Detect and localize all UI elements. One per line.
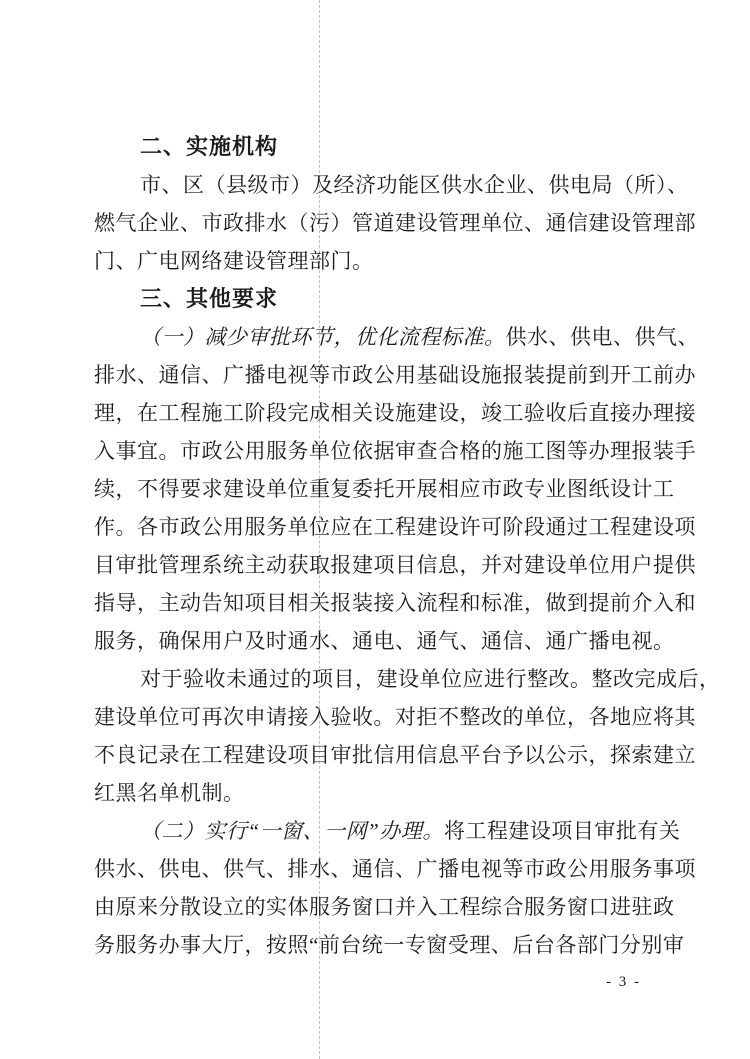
line-text: 续，不得要求建设单位重复委托开展相应市政专业图纸设计工 — [94, 477, 675, 501]
text-line: 理，在工程施工阶段完成相关设施建设，竣工验收后直接办理接 — [94, 394, 668, 432]
text-line: 门、广电网络建设管理部门。 — [94, 242, 668, 280]
text-line: （二）实行“一窗、一网”办理。将工程建设项目审批有关 — [94, 812, 668, 850]
line-text: 排水、通信、广播电视等市政公用基础设施报装提前到开工前办 — [94, 363, 696, 387]
line-text: 不良记录在工程建设项目审批信用信息平台予以公示，探索建立 — [94, 743, 696, 767]
text-line: 作。各市政公用服务单位应在工程建设许可阶段通过工程建设项 — [94, 508, 668, 546]
text-line: 续，不得要求建设单位重复委托开展相应市政专业图纸设计工 — [94, 470, 668, 508]
text-line: 指导，主动告知项目相关报装接入流程和标准，做到提前介入和 — [94, 584, 668, 622]
document-page: 二、实施机构 市、区（县级市）及经济功能区供水企业、供电局（所）、 燃气企业、市… — [0, 0, 750, 1059]
item-lead-text: （一）减少审批环节，优化流程标准。 — [140, 325, 506, 349]
line-text: 建设单位可再次申请接入验收。对拒不整改的单位，各地应将其 — [94, 705, 696, 729]
line-text: 门、广电网络建设管理部门。 — [94, 249, 374, 273]
line-text: 服务，确保用户及时通水、通电、通气、通信、通广播电视。 — [94, 629, 675, 653]
heading-text: 二、实施机构 — [140, 134, 278, 159]
text-line: 燃气企业、市政排水（污）管道建设管理单位、通信建设管理部 — [94, 204, 668, 242]
text-line: 供水、供电、供气、排水、通信、广播电视等市政公用服务事项 — [94, 850, 668, 888]
line-text: 市、区（县级市）及经济功能区供水企业、供电局（所）、 — [140, 173, 689, 197]
line-text: 目审批管理系统主动获取报建项目信息，并对建设单位用户提供 — [94, 553, 696, 577]
item-lead-text: （二）实行“一窗、一网”办理。 — [140, 819, 444, 843]
text-line: 目审批管理系统主动获取报建项目信息，并对建设单位用户提供 — [94, 546, 668, 584]
line-text: 务服务办事大厅，按照“前台统一专窗受理、后台各部门分别审 — [94, 933, 684, 957]
line-text: 供水、供电、供气、 — [506, 325, 700, 349]
heading-text: 三、其他要求 — [140, 286, 278, 311]
line-text: 将工程建设项目审批有关 — [444, 819, 681, 843]
line-text: 指导，主动告知项目相关报装接入流程和标准，做到提前介入和 — [94, 591, 696, 615]
line-text: 由原来分散设立的实体服务窗口并入工程综合服务窗口进驻政 — [94, 895, 675, 919]
line-text: 燃气企业、市政排水（污）管道建设管理单位、通信建设管理部 — [94, 211, 696, 235]
line-text: 对于验收未通过的项目，建设单位应进行整改。整改完成后， — [140, 667, 721, 691]
line-text: 作。各市政公用服务单位应在工程建设许可阶段通过工程建设项 — [94, 515, 696, 539]
text-line: 建设单位可再次申请接入验收。对拒不整改的单位，各地应将其 — [94, 698, 668, 736]
text-line: 对于验收未通过的项目，建设单位应进行整改。整改完成后， — [94, 660, 668, 698]
text-line: 务服务办事大厅，按照“前台统一专窗受理、后台各部门分别审 — [94, 926, 668, 964]
line-text: 理，在工程施工阶段完成相关设施建设，竣工验收后直接办理接 — [94, 401, 696, 425]
section-heading: 二、实施机构 — [94, 128, 668, 166]
text-line: 由原来分散设立的实体服务窗口并入工程综合服务窗口进驻政 — [94, 888, 668, 926]
text-line: 市、区（县级市）及经济功能区供水企业、供电局（所）、 — [94, 166, 668, 204]
text-line: 服务，确保用户及时通水、通电、通气、通信、通广播电视。 — [94, 622, 668, 660]
text-line: 不良记录在工程建设项目审批信用信息平台予以公示，探索建立 — [94, 736, 668, 774]
page-number: - 3 - — [606, 974, 641, 991]
line-text: 红黑名单机制。 — [94, 781, 245, 805]
section-heading: 三、其他要求 — [94, 280, 668, 318]
text-line: 排水、通信、广播电视等市政公用基础设施报装提前到开工前办 — [94, 356, 668, 394]
line-text: 供水、供电、供气、排水、通信、广播电视等市政公用服务事项 — [94, 857, 696, 881]
document-body: 二、实施机构 市、区（县级市）及经济功能区供水企业、供电局（所）、 燃气企业、市… — [94, 128, 668, 964]
text-line: （一）减少审批环节，优化流程标准。供水、供电、供气、 — [94, 318, 668, 356]
line-text: 入事宜。市政公用服务单位依据审查合格的施工图等办理报装手 — [94, 439, 696, 463]
text-line: 入事宜。市政公用服务单位依据审查合格的施工图等办理报装手 — [94, 432, 668, 470]
text-line: 红黑名单机制。 — [94, 774, 668, 812]
